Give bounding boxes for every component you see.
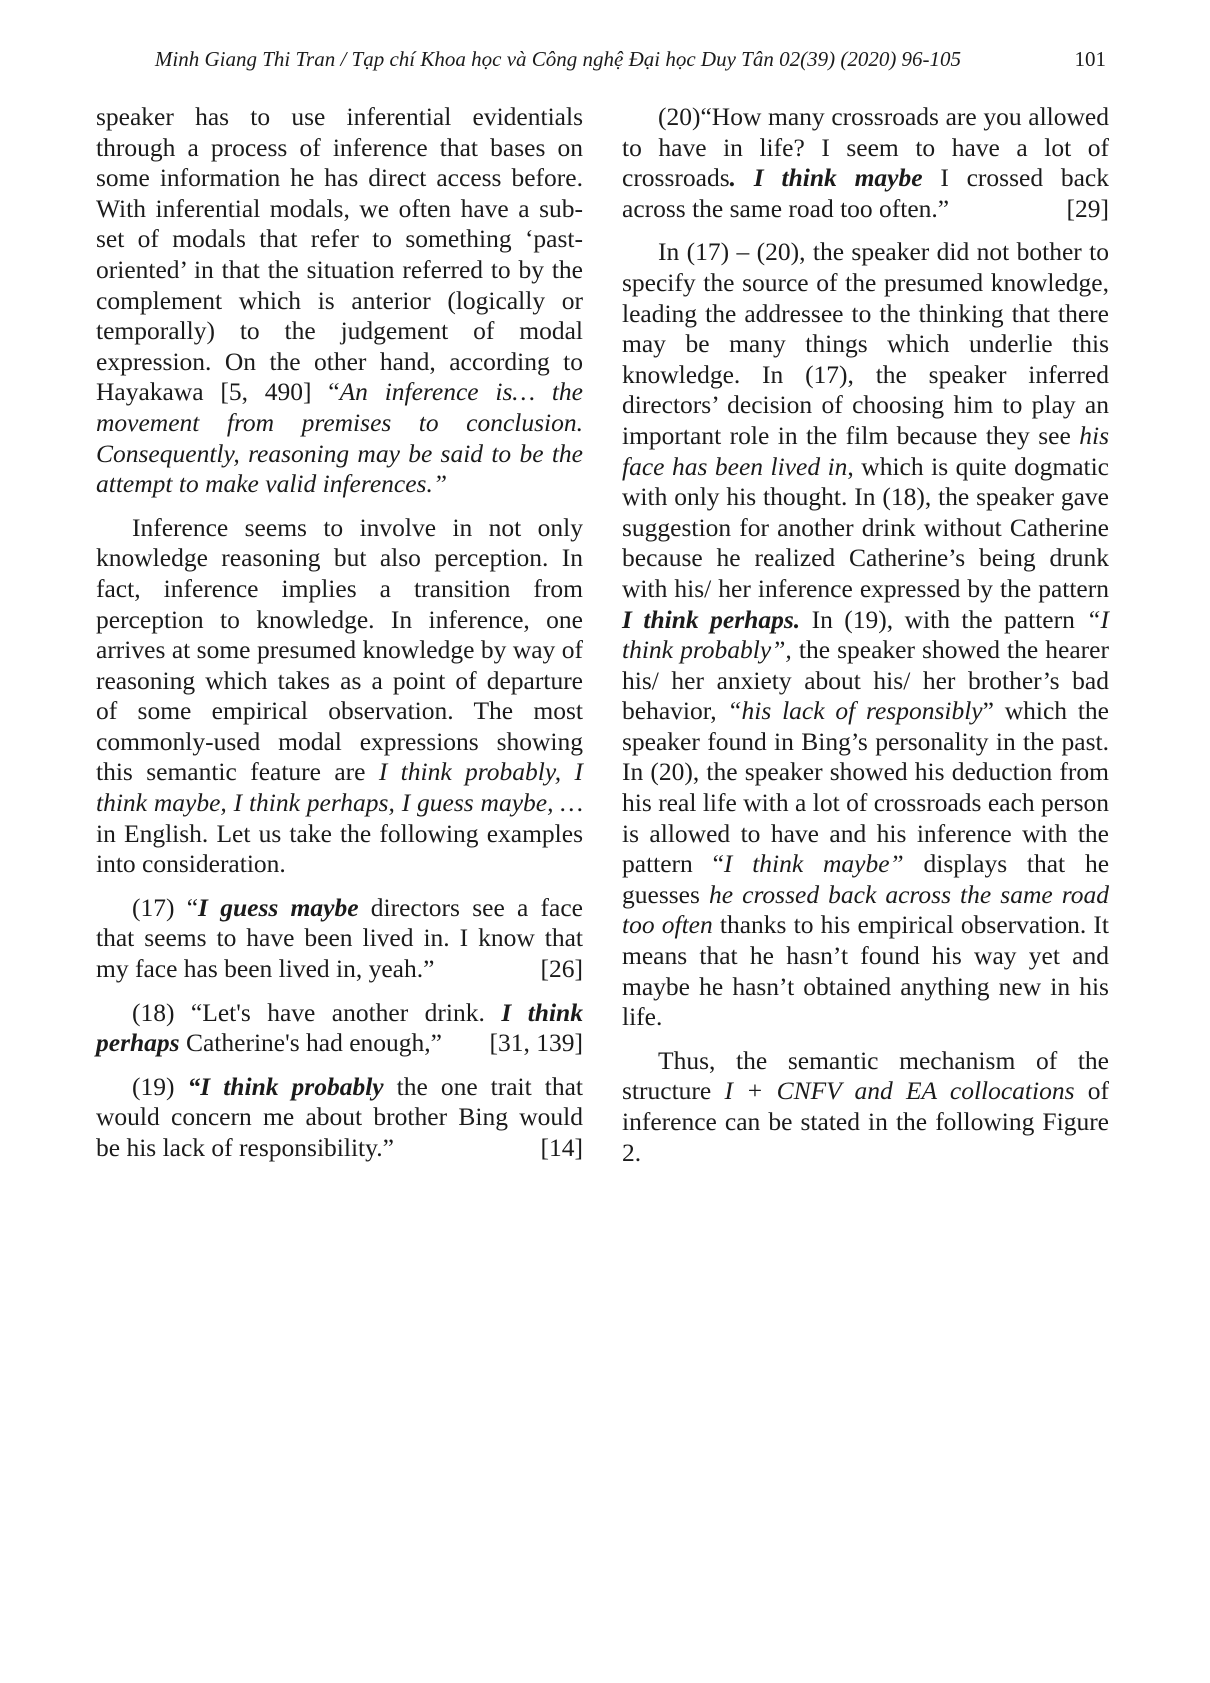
left-column: speaker has to use inferential evidentia… xyxy=(96,102,583,1181)
right-column: (20)“How many crossroads are you allowed… xyxy=(622,102,1109,1181)
text-run: . I think maybe xyxy=(730,163,923,192)
text-run: I guess maybe xyxy=(198,893,358,922)
text-run: (19) xyxy=(132,1072,188,1101)
text-run: Catherine's had enough,” xyxy=(180,1028,442,1057)
text-run: In (19), with the pattern xyxy=(800,605,1086,634)
text-run: In (17) – (20), the speaker did not both… xyxy=(622,237,1109,450)
text-run: (17) “ xyxy=(132,893,198,922)
text-run: I think maybe” xyxy=(724,849,904,878)
citation-ref: [26] xyxy=(499,954,583,985)
paragraph: (18) “Let's have another drink. I think … xyxy=(96,998,583,1059)
paper-page: Minh Giang Thi Tran / Tạp chí Khoa học v… xyxy=(0,0,1210,1683)
paragraph: Thus, the semantic mechanism of the stru… xyxy=(622,1046,1109,1168)
paragraph: In (17) – (20), the speaker did not both… xyxy=(622,237,1109,1032)
paragraph: Inference seems to involve in not only k… xyxy=(96,513,583,880)
paragraph: speaker has to use inferential evidentia… xyxy=(96,102,583,500)
text-run: “his lack of responsibly xyxy=(727,696,982,725)
text-run: I think perhaps. xyxy=(622,605,800,634)
citation-ref: [31, 139] xyxy=(448,1028,583,1059)
running-header: Minh Giang Thi Tran / Tạp chí Khoa học v… xyxy=(96,46,1020,72)
two-column-body: speaker has to use inferential evidentia… xyxy=(96,102,1110,1181)
text-run: I + CNFV and EA collocations xyxy=(724,1076,1074,1105)
page-number: 101 xyxy=(1075,46,1107,72)
citation-ref: [14] xyxy=(499,1133,583,1164)
paragraph: (17) “I guess maybe directors see a face… xyxy=(96,893,583,985)
paragraph: (19) “I think probably the one trait tha… xyxy=(96,1072,583,1164)
text-run: speaker has to use inferential evidentia… xyxy=(96,102,583,406)
text-run: Inference seems to involve in not only k… xyxy=(96,513,583,787)
text-run: in English. Let us take the following ex… xyxy=(96,819,583,879)
text-run: “I think probably xyxy=(188,1072,384,1101)
text-run: (18) “Let's have another drink. xyxy=(132,998,501,1027)
citation-ref: [29] xyxy=(1025,194,1109,225)
paragraph: (20)“How many crossroads are you allowed… xyxy=(622,102,1109,224)
